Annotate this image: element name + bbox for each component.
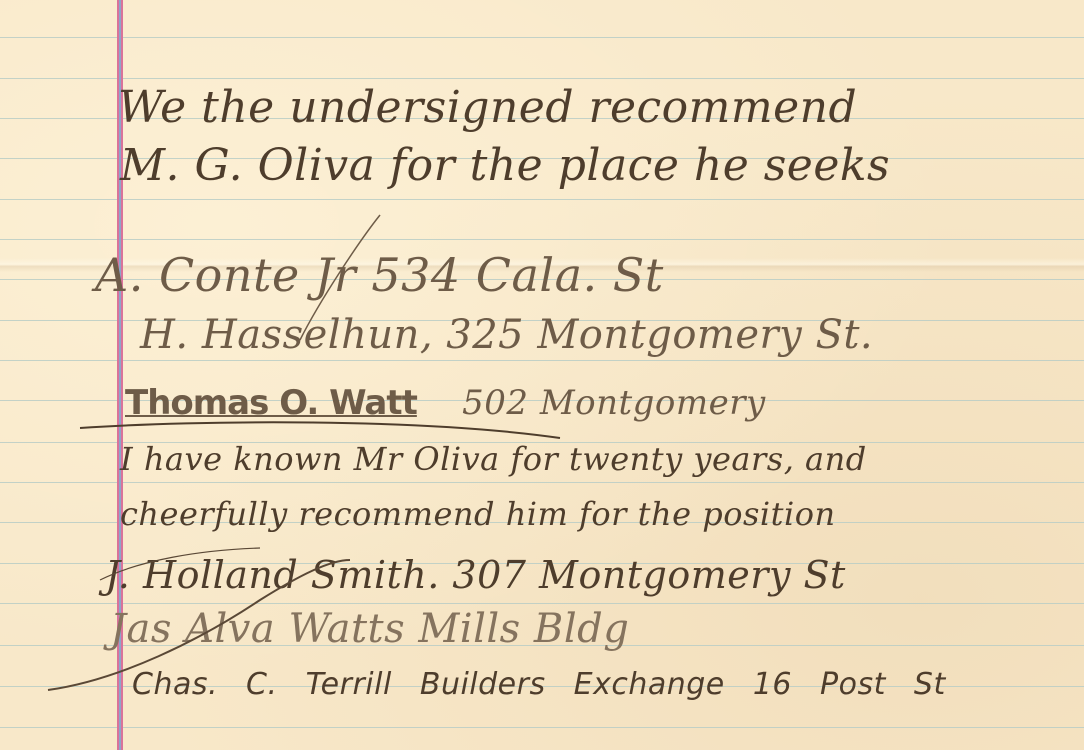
signature-line-terrill: Chas. C. Terrill Builders Exchange 16 Po… <box>132 667 946 702</box>
testimonial-line-2: cheerfully recommend him for the positio… <box>120 495 836 533</box>
letter-page: We the undersigned recommend M. G. Oliva… <box>0 0 1084 750</box>
handwritten-line-1: We the undersigned recommend <box>118 82 857 133</box>
signature-line-hasselhun: H. Hasselhun, 325 Montgomery St. <box>140 312 873 358</box>
ruled-line <box>0 482 1084 483</box>
signature-line-conte: A. Conte Jr 534 Cala. St <box>95 248 664 302</box>
ruled-line <box>0 37 1084 38</box>
terrill-address: 16 Post St <box>753 667 946 702</box>
terrill-org: Builders Exchange <box>420 667 725 702</box>
ruled-line <box>0 603 1084 604</box>
handwritten-line-2: M. G. Oliva for the place he seeks <box>120 140 890 191</box>
testimonial-line-1: I have known Mr Oliva for twenty years, … <box>120 440 867 478</box>
ruled-line <box>0 199 1084 200</box>
ruled-line <box>0 360 1084 361</box>
signature-line-jas-watts: Jas Alva Watts Mills Bldg <box>110 606 629 652</box>
signature-watt: Thomas O. Watt <box>125 383 417 423</box>
ruled-line <box>0 239 1084 240</box>
terrill-name: Chas. C. Terrill <box>132 667 392 702</box>
ruled-line <box>0 727 1084 728</box>
ruled-line <box>0 78 1084 79</box>
address-watt: 502 Montgomery <box>462 383 766 423</box>
signature-line-watt: Thomas O. Watt 502 Montgomery <box>125 383 766 423</box>
signature-line-smith: J. Holland Smith. 307 Montgomery St <box>105 553 846 597</box>
